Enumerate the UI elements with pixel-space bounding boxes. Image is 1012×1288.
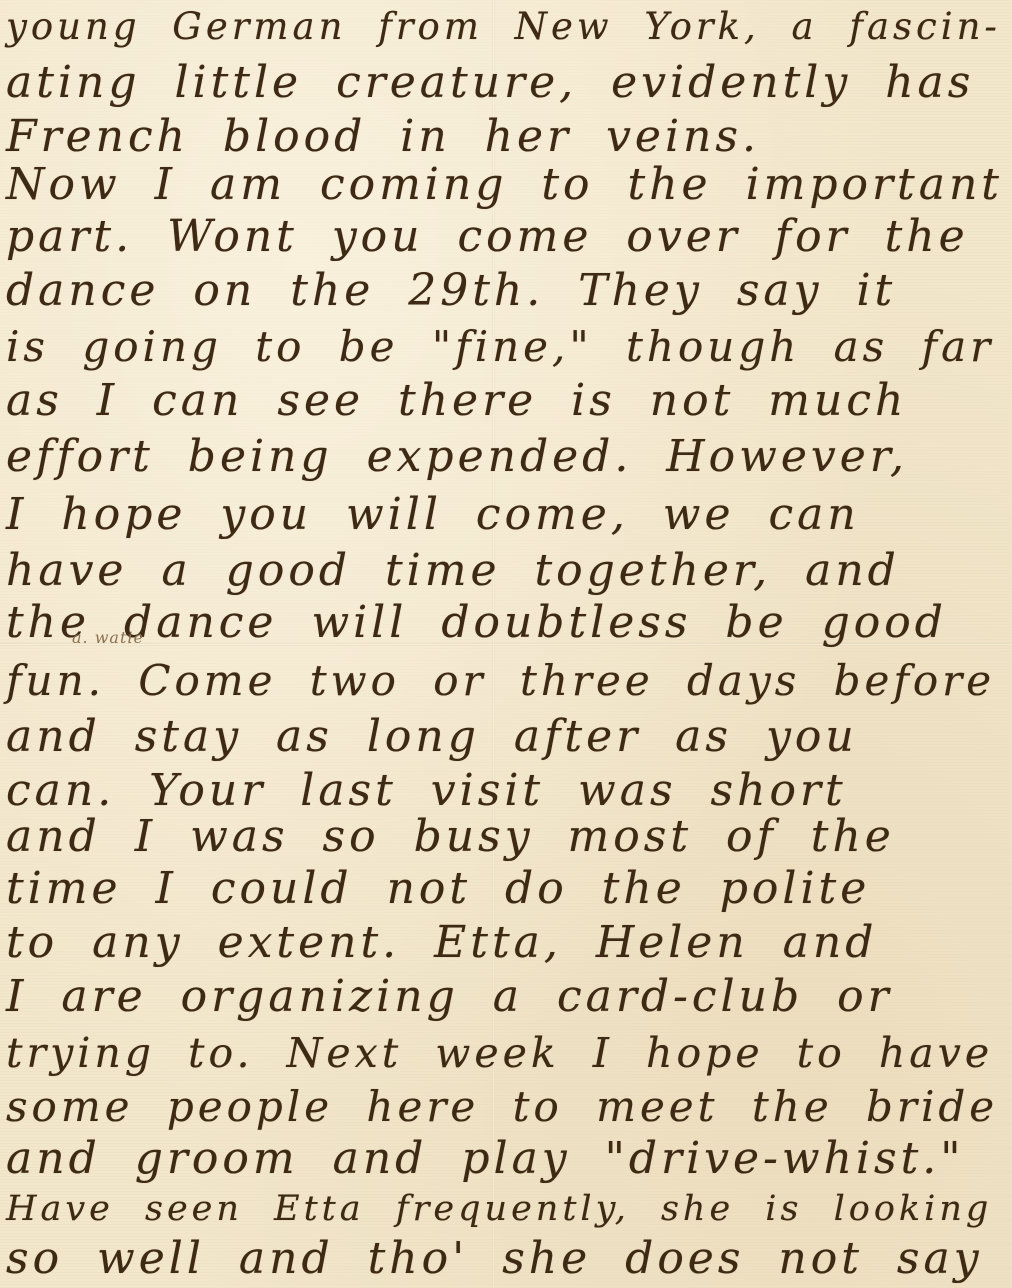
letter-page: young German from New York, a fascin- at… — [0, 0, 1012, 1288]
handwritten-line: some people here to meet the bride — [6, 1082, 1006, 1132]
handwritten-line: ating little creature, evidently has — [6, 58, 1006, 108]
handwritten-line: fun. Come two or three days before — [6, 656, 1006, 706]
handwritten-line: is going to be "fine," though as far — [6, 322, 1006, 372]
handwritten-line: effort being expended. However, — [6, 432, 1006, 482]
handwritten-line: Now I am coming to the important — [6, 160, 1006, 210]
handwritten-line: so well and tho' she does not say — [6, 1234, 1006, 1284]
handwritten-line: part. Wont you come over for the — [6, 212, 1006, 262]
handwritten-line: and I was so busy most of the — [6, 812, 1006, 862]
handwritten-line: the dance will doubtless be good — [6, 598, 1006, 648]
handwritten-line: young German from New York, a fascin- — [6, 2, 1006, 52]
handwritten-line: and groom and play "drive-whist." — [6, 1134, 1006, 1184]
handwritten-line: and stay as long after as you — [6, 712, 1006, 762]
handwritten-line: as I can see there is not much — [6, 376, 1006, 426]
handwritten-line: trying to. Next week I hope to have — [6, 1028, 1006, 1078]
handwritten-line: have a good time together, and — [6, 546, 1006, 596]
handwritten-line: can. Your last visit was short — [6, 766, 1006, 816]
handwritten-line: I are organizing a card-club or — [6, 972, 1006, 1022]
handwritten-line: I hope you will come, we can — [6, 490, 1006, 540]
handwritten-line: Have seen Etta frequently, she is lookin… — [6, 1184, 1006, 1234]
handwritten-line: time I could not do the polite — [6, 864, 1006, 914]
handwritten-line: French blood in her veins. — [6, 112, 1006, 162]
handwritten-line: to any extent. Etta, Helen and — [6, 918, 1006, 968]
handwritten-line: dance on the 29th. They say it — [6, 266, 1006, 316]
interlinear-annotation: a. watie — [72, 628, 144, 647]
